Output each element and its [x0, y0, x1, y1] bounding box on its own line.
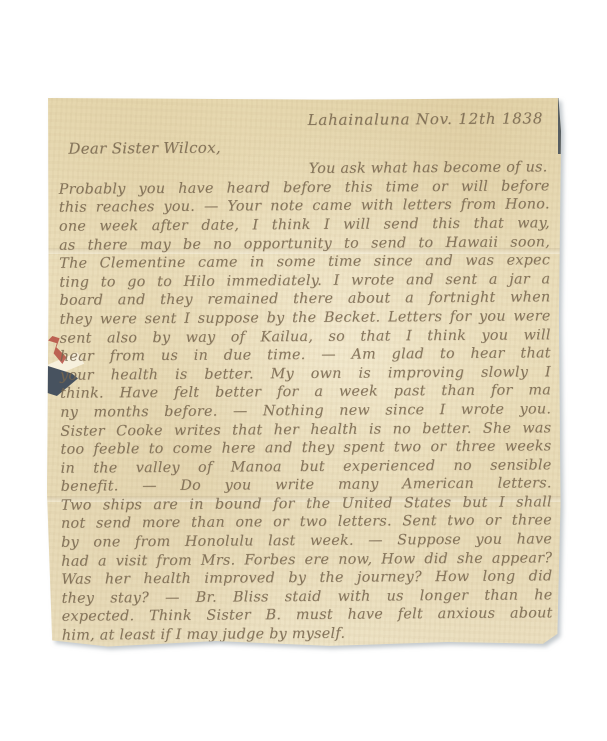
letter-text: Lahainaluna Nov. 12th 1838 Dear Sister W…: [58, 109, 553, 645]
letter-line: expected. Think Sister B. must have felt…: [62, 605, 553, 627]
letter-page: Lahainaluna Nov. 12th 1838 Dear Sister W…: [46, 98, 561, 647]
letter-dateline: Lahainaluna Nov. 12th 1838: [58, 109, 549, 131]
letter-line: him, at least if I may judge by myself.: [62, 623, 553, 645]
letter-page-wrap: Lahainaluna Nov. 12th 1838 Dear Sister W…: [46, 98, 561, 647]
paper-edge-mark: [558, 98, 561, 154]
scan-background: Lahainaluna Nov. 12th 1838 Dear Sister W…: [0, 0, 607, 741]
letter-salutation: Dear Sister Wilcox,: [58, 136, 549, 158]
